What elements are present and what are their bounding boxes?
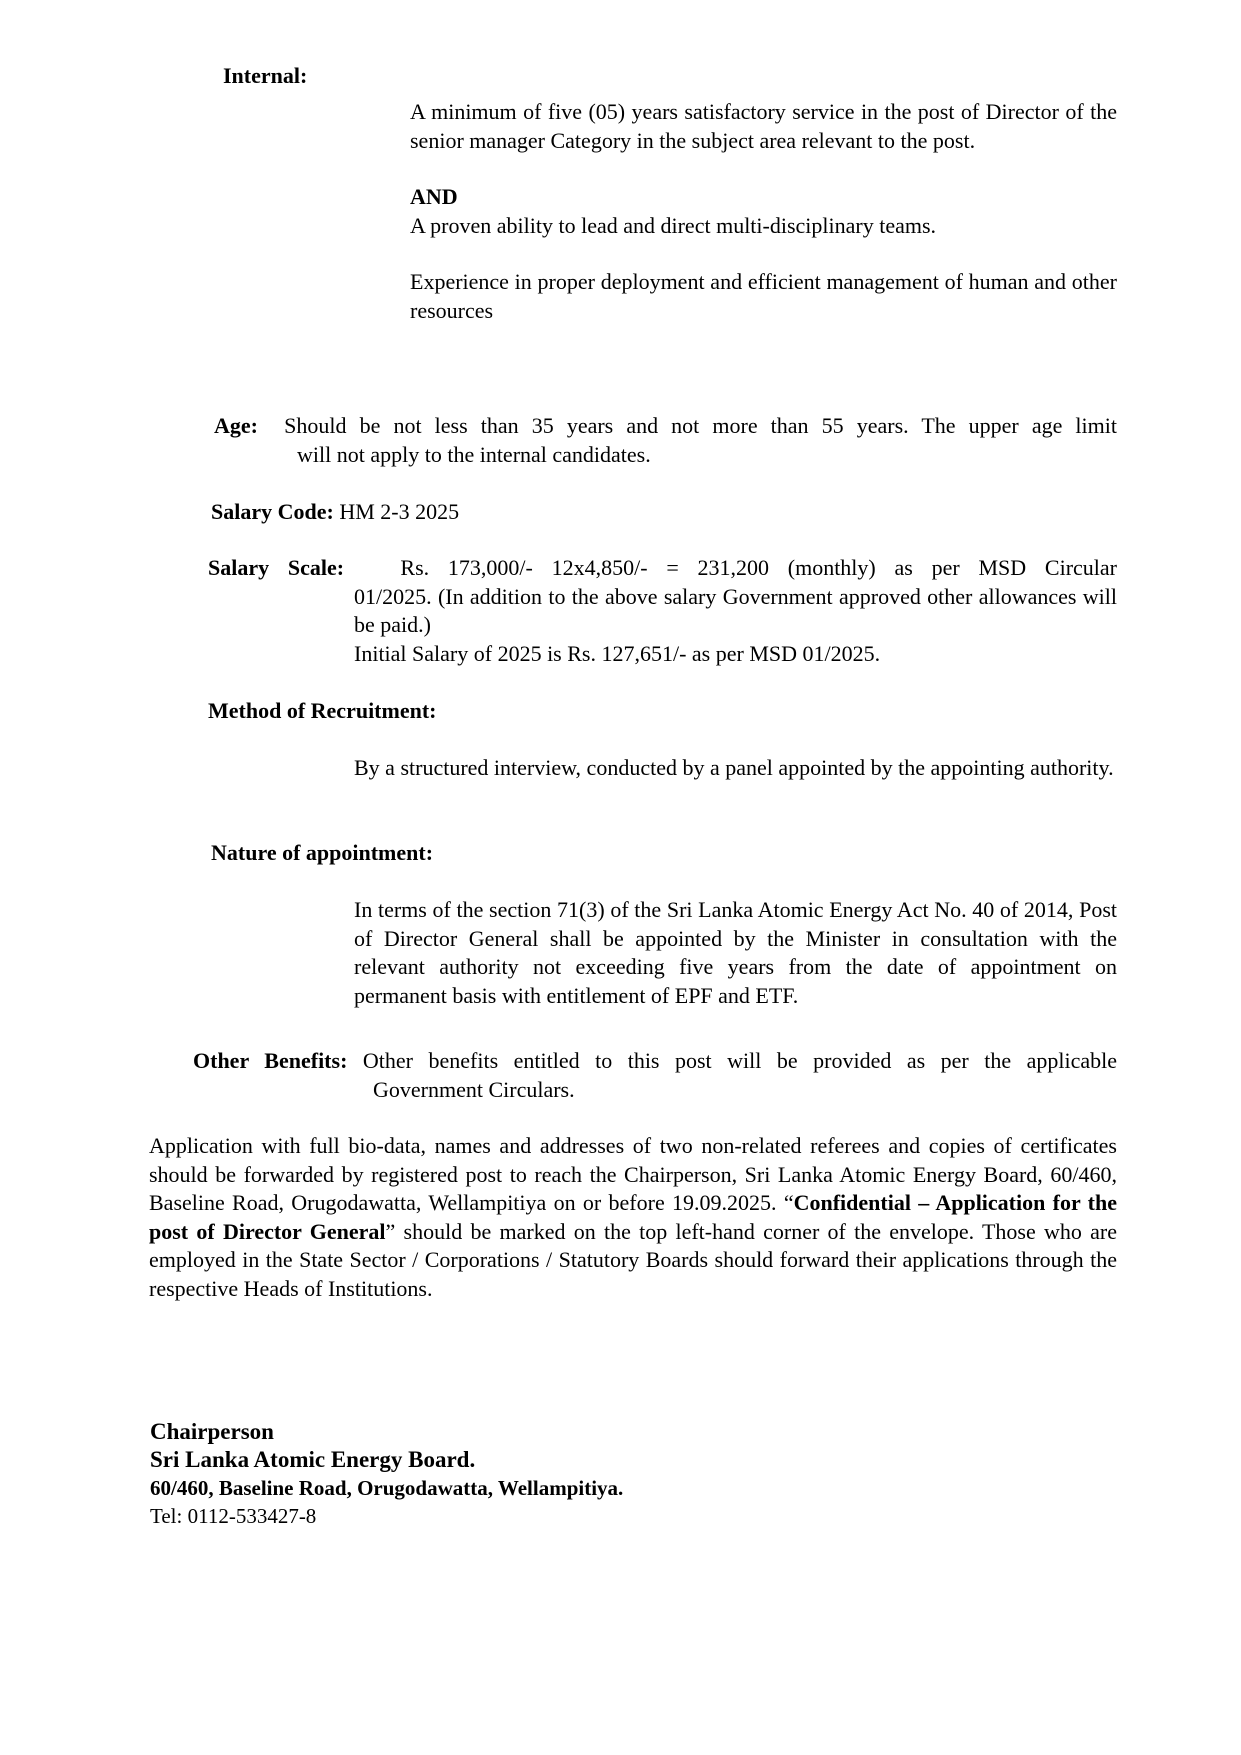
- internal-label: Internal:: [223, 62, 307, 91]
- signatory-organization: Sri Lanka Atomic Energy Board.: [150, 1446, 623, 1474]
- internal-requirements: A minimum of five (05) years satisfactor…: [410, 98, 1117, 325]
- internal-service-requirement: A minimum of five (05) years satisfactor…: [410, 98, 1117, 155]
- salary-scale-section: Salary Scale: Rs. 173,000/- 12x4,850/- =…: [208, 554, 1117, 668]
- method-of-recruitment-label: Method of Recruitment:: [208, 697, 437, 726]
- age-label: Age:: [214, 413, 258, 438]
- management-requirement: Experience in proper deployment and effi…: [410, 268, 1117, 325]
- age-line2: will not apply to the internal candidate…: [214, 441, 1117, 470]
- and-label: AND: [410, 183, 1117, 212]
- application-instructions: Application with full bio-data, names an…: [149, 1132, 1117, 1303]
- leadership-requirement: A proven ability to lead and direct mult…: [410, 212, 1117, 241]
- age-line1: Should be not less than 35 years and not…: [284, 413, 1117, 438]
- initial-salary: Initial Salary of 2025 is Rs. 127,651/- …: [208, 640, 1117, 669]
- signature-block: Chairperson Sri Lanka Atomic Energy Boar…: [150, 1418, 623, 1530]
- other-benefits-label: Other Benefits:: [193, 1048, 347, 1073]
- signatory-title: Chairperson: [150, 1418, 623, 1446]
- other-benefits-line1: Other benefits entitled to this post wil…: [363, 1048, 1117, 1073]
- salary-scale-line1: Rs. 173,000/- 12x4,850/- = 231,200 (mont…: [400, 555, 1117, 580]
- salary-code-label: Salary Code:: [211, 499, 334, 524]
- nature-of-appointment-label: Nature of appointment:: [211, 839, 433, 868]
- other-benefits-line2: Government Circulars.: [193, 1076, 1117, 1105]
- salary-scale-allowances: 01/2025. (In addition to the above salar…: [208, 583, 1117, 640]
- signatory-telephone: Tel: 0112-533427-8: [150, 1502, 623, 1530]
- method-of-recruitment-text: By a structured interview, conducted by …: [354, 754, 1117, 783]
- nature-of-appointment-text: In terms of the section 71(3) of the Sri…: [354, 896, 1117, 1010]
- signatory-address: 60/460, Baseline Road, Orugodawatta, Wel…: [150, 1474, 623, 1502]
- other-benefits-section: Other Benefits: Other benefits entitled …: [193, 1047, 1117, 1104]
- age-section: Age: Should be not less than 35 years an…: [214, 412, 1117, 469]
- salary-code-section: Salary Code: HM 2-3 2025: [211, 498, 459, 527]
- salary-code-value: HM 2-3 2025: [339, 499, 459, 524]
- salary-scale-label: Salary Scale:: [208, 555, 344, 580]
